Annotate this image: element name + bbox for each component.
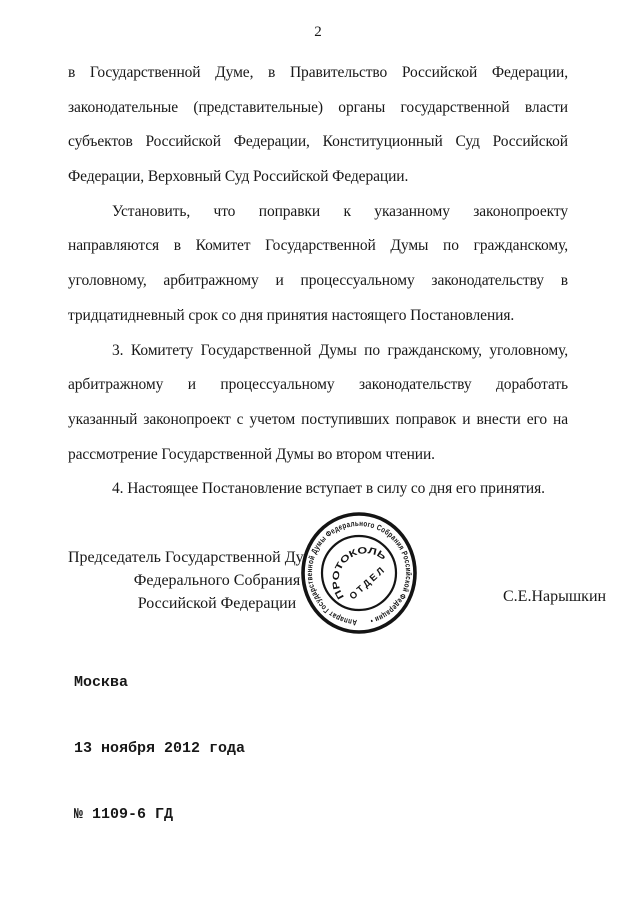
text-line: Федерации, Верховный Суд Российской Феде… [68, 160, 568, 195]
document-body: в Государственной Думе, в Правительство … [68, 56, 568, 507]
text-line: указанный законопроект с учетом поступив… [68, 403, 568, 438]
text-line: субъектов Российской Федерации, Конститу… [68, 125, 568, 160]
text-line: уголовному, арбитражному и процессуально… [68, 264, 568, 299]
issuance-block: Москва 13 ноября 2012 года № 1109-6 ГД [74, 628, 245, 848]
text-line: Установить, что поправки к указанному за… [68, 195, 568, 230]
text-line: 3. Комитету Государственной Думы по граж… [68, 334, 568, 369]
text-line: направляются в Комитет Государственной Д… [68, 229, 568, 264]
text-line: законодательные (представительные) орган… [68, 91, 568, 126]
page-number: 2 [0, 24, 636, 41]
document-number: № 1109-6 ГД [74, 804, 245, 826]
signer-name: С.Е.Нарышкин [503, 588, 606, 606]
text-line: 4. Настоящее Постановление вступает в си… [68, 472, 568, 507]
text-line: в Государственной Думе, в Правительство … [68, 56, 568, 91]
text-line: рассмотрение Государственной Думы во вто… [68, 438, 568, 473]
issuance-date: 13 ноября 2012 года [74, 738, 245, 760]
stamp-outer-ring [303, 514, 415, 632]
text-line: арбитражному и процессуальному законодат… [68, 368, 568, 403]
protocol-department-stamp: Аппарат Государственной Думы Федеральног… [298, 510, 420, 636]
issuance-city: Москва [74, 672, 245, 694]
text-line: тридцатидневный срок со дня принятия нас… [68, 299, 568, 334]
